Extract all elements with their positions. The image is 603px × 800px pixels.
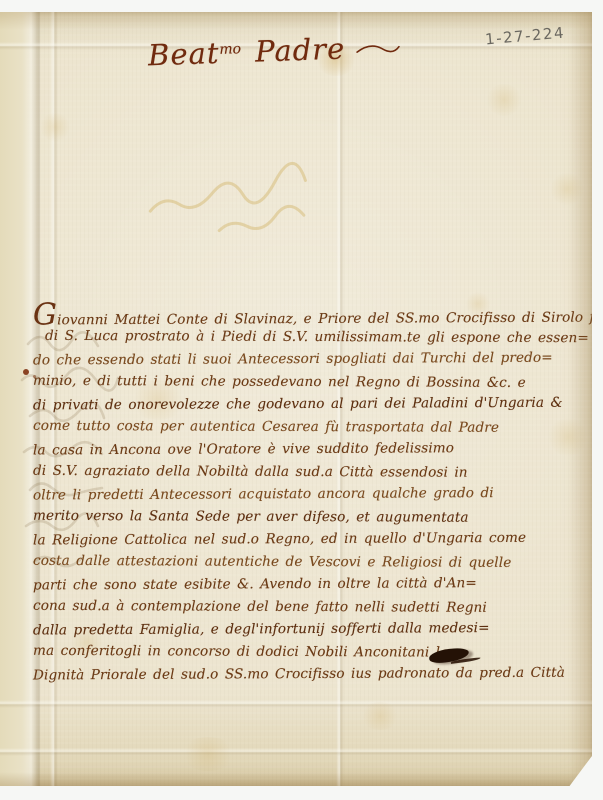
stain	[180, 737, 236, 771]
manuscript-line: Dignità Priorale del sud.o SS.mo Crocifi…	[33, 662, 589, 687]
fold-crease-horizontal	[0, 700, 592, 708]
stain	[550, 172, 584, 206]
stain	[360, 702, 400, 730]
letter-page: BeatmoPadre 1-27-224 Giovanni Mattei Con…	[0, 12, 592, 786]
salutation-word: Padre	[255, 32, 346, 69]
manuscript-line: merito verso la Santa Sede per aver dife…	[33, 504, 589, 529]
manuscript-line: Giovanni Mattei Conte di Slavinaz, e Pri…	[33, 302, 589, 327]
manuscript-body: Giovanni Mattei Conte di Slavinaz, e Pri…	[33, 303, 589, 686]
stain	[40, 112, 70, 142]
manuscript-line: parti che sono state esibite &. Avendo i…	[33, 572, 589, 597]
manuscript-line: costa dalle attestazioni autentiche de V…	[33, 549, 589, 574]
manuscript-line: ma conferitogli in concorso di dodici No…	[33, 639, 589, 664]
ink-spot	[23, 369, 29, 375]
manuscript-line: do che essendo stati li suoi Antecessori…	[33, 347, 589, 372]
manuscript-line: minio, e di tutti i beni che possedevano…	[33, 369, 589, 394]
flourish	[355, 43, 402, 61]
salutation-superscript: mo	[219, 41, 241, 58]
fold-crease-horizontal	[0, 748, 592, 756]
scanner-background: BeatmoPadre 1-27-224 Giovanni Mattei Con…	[0, 0, 603, 800]
manuscript-line: di S.V. agraziato della Nobiltà dalla su…	[33, 459, 589, 484]
manuscript-line: la casa in Ancona ove l'Oratore è vive s…	[33, 437, 589, 462]
archival-number: 1-27-224	[484, 24, 565, 49]
manuscript-line: come tutto costa per autentica Cesarea f…	[33, 414, 589, 439]
salutation-word: Beat	[147, 36, 220, 72]
manuscript-line: di privati de onorevolezze che godevano …	[33, 392, 589, 417]
manuscript-line: di S. Luca prostrato à i Piedi di S.V. u…	[33, 324, 589, 349]
manuscript-line: dalla predetta Famiglia, e degl'infortun…	[33, 617, 589, 642]
manuscript-line: cona sud.a à contemplazione del bene fat…	[33, 594, 589, 619]
manuscript-line: oltre li predetti Antecessori acquistato…	[33, 482, 589, 507]
stain	[485, 84, 523, 116]
salutation: BeatmoPadre	[147, 30, 401, 73]
manuscript-line: la Religione Cattolica nel sud.o Regno, …	[33, 527, 589, 552]
